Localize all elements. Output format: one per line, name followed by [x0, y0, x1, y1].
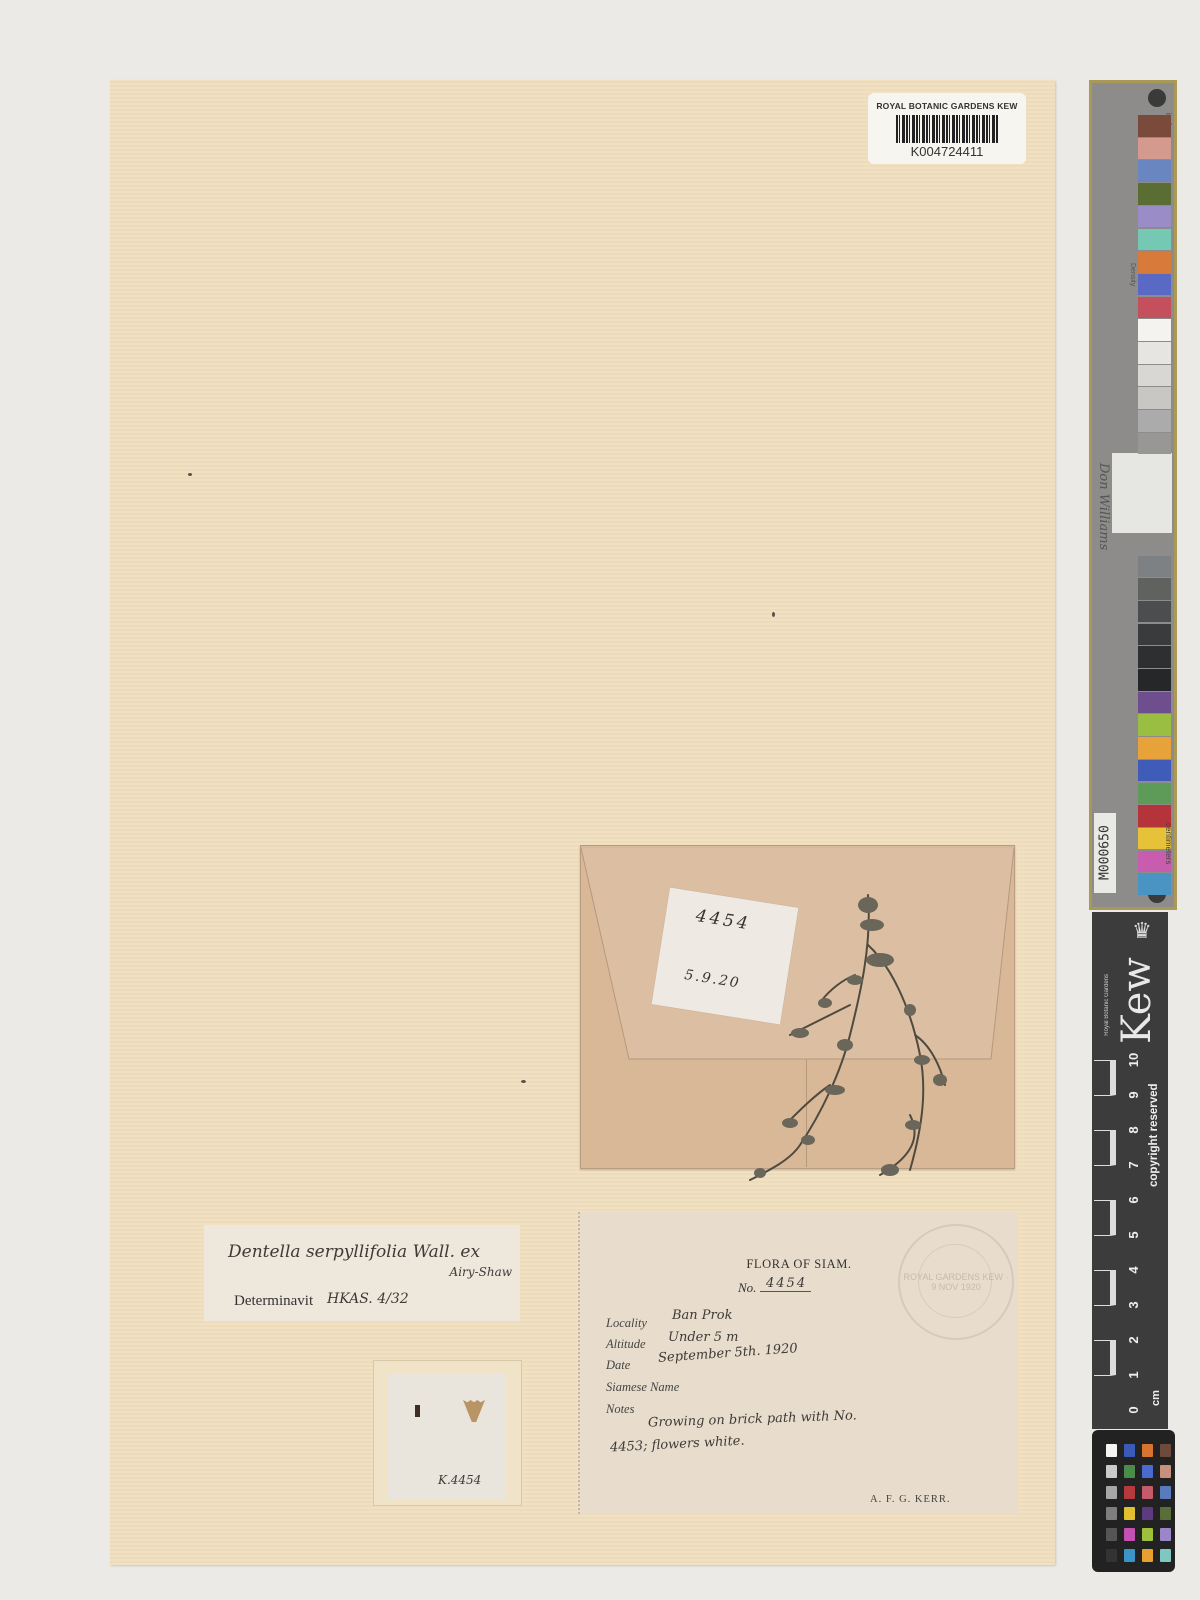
ruler-segment: [1094, 1130, 1116, 1165]
speck: [188, 473, 192, 476]
field-label-altitude: Altitude: [606, 1337, 646, 1352]
copyright-text: copyright reserved: [1148, 1057, 1160, 1187]
color-swatch: [1138, 873, 1171, 895]
ruler-segment: [1094, 1340, 1116, 1375]
checker-patch: [1142, 1507, 1153, 1520]
checker-patch: [1160, 1507, 1171, 1520]
number-value: 4454: [760, 1276, 811, 1292]
kew-sublabel: Royal Botanic Gardens: [1104, 974, 1110, 1036]
kew-logo: Kew: [1114, 957, 1160, 1044]
checker-patch: [1106, 1444, 1117, 1457]
ruler-tick-label: 3: [1126, 1296, 1140, 1314]
label-header: FLORA OF SIAM.: [580, 1257, 1018, 1272]
royal-crest-icon: ♛: [1128, 918, 1156, 948]
field-label-locality: Locality: [606, 1316, 647, 1331]
color-swatch: [1138, 183, 1171, 205]
color-checker: [1092, 1430, 1175, 1572]
color-swatch: [1138, 669, 1171, 691]
ruler-segment: [1094, 1060, 1116, 1095]
determinavit-label: Determinavit: [234, 1293, 313, 1310]
ruler-segment: [1094, 1270, 1116, 1305]
checker-patch: [1124, 1507, 1135, 1520]
checker-patch: [1142, 1549, 1153, 1562]
checker-patch: [1160, 1549, 1171, 1562]
color-swatch: [1138, 251, 1171, 273]
cm-unit-label: cm: [1150, 1390, 1162, 1406]
checker-patch: [1142, 1465, 1153, 1478]
taxon-author: Airy-Shaw: [450, 1265, 512, 1279]
ruler-segment: [1094, 1375, 1116, 1410]
ruler-segment: [1094, 1165, 1116, 1200]
ruler-numbers: 109876543210: [1124, 1057, 1142, 1417]
field-value-locality: Ban Prok: [672, 1308, 732, 1323]
barcode-icon: [896, 115, 998, 143]
color-swatch: [1138, 229, 1171, 251]
checker-patch: [1124, 1444, 1135, 1457]
field-value-notes-cont: 4453; flowers white.: [610, 1433, 745, 1455]
plant-specimen-icon: [730, 885, 980, 1185]
field-value-notes: Growing on brick path with No.: [648, 1408, 857, 1430]
color-swatch: [1138, 624, 1171, 646]
color-swatch: [1138, 578, 1171, 600]
ruler-tick-label: 9: [1126, 1086, 1140, 1104]
field-value-altitude: Under 5 m: [668, 1330, 738, 1345]
color-swatch: [1138, 138, 1171, 160]
color-swatch: [1138, 160, 1171, 182]
ruler-tick-label: 2: [1126, 1331, 1140, 1349]
ruler-tick-label: 8: [1126, 1121, 1140, 1139]
color-swatch: [1138, 783, 1171, 805]
checker-patch: [1106, 1507, 1117, 1520]
packet-label: K.4454: [438, 1473, 481, 1487]
color-swatch: [1138, 410, 1171, 432]
checker-patch: [1124, 1486, 1135, 1499]
checker-patch: [1106, 1465, 1117, 1478]
checker-patch: [1142, 1444, 1153, 1457]
cm-ruler: [1094, 1060, 1116, 1410]
checker-patch: [1142, 1528, 1153, 1541]
color-swatch: [1138, 692, 1171, 714]
ruler-tick-label: 10: [1126, 1051, 1140, 1069]
color-swatch: [1138, 115, 1171, 137]
ruler-tick-label: 6: [1126, 1191, 1140, 1209]
checker-patch: [1160, 1486, 1171, 1499]
speck: [521, 1080, 526, 1083]
speck: [772, 612, 775, 617]
collection-label: ROYAL GARDENS KEW · 9 NOV 1920 FLORA OF …: [578, 1212, 1018, 1514]
color-swatch: [1138, 601, 1171, 623]
color-swatch: [1138, 206, 1171, 228]
color-swatch: [1138, 274, 1171, 296]
color-calibration-strip: inches Density Don Williams M000650 cent…: [1089, 80, 1177, 910]
checker-patch: [1160, 1528, 1171, 1541]
checker-patch: [1124, 1465, 1135, 1478]
field-label-date: Date: [606, 1358, 630, 1373]
strip-hole-icon: [1148, 89, 1166, 107]
strip-id-number: M000650: [1094, 813, 1116, 893]
checker-patch: [1160, 1465, 1171, 1478]
checker-patch: [1124, 1549, 1135, 1562]
ruler-tick-label: 4: [1126, 1261, 1140, 1279]
fragment-packet-card: K.4454: [388, 1373, 506, 1499]
determination-slip: Dentella serpyllifolia Wall. ex Airy-Sha…: [204, 1225, 520, 1321]
flower-fragment-icon: [415, 1405, 420, 1417]
centimeters-label: centimeters: [1164, 823, 1173, 864]
number-label: No.: [738, 1280, 756, 1296]
barcode-label: ROYAL BOTANIC GARDENS KEW K004724411: [868, 93, 1026, 164]
color-swatch: [1138, 646, 1171, 668]
checker-patch: [1160, 1444, 1171, 1457]
barcode-number: K004724411: [868, 144, 1026, 159]
ruler-tick-label: 0: [1126, 1401, 1140, 1419]
color-swatch: [1138, 556, 1171, 578]
color-swatch: [1138, 760, 1171, 782]
institution-name: ROYAL BOTANIC GARDENS KEW: [868, 101, 1026, 111]
color-swatch: [1138, 342, 1171, 364]
color-swatch: [1138, 387, 1171, 409]
faint-stamp: [740, 182, 960, 194]
color-swatch: [1138, 297, 1171, 319]
field-label-notes: Notes: [606, 1402, 634, 1417]
ruler-tick-label: 7: [1126, 1156, 1140, 1174]
determinavit-value: HKAS. 4/32: [327, 1291, 409, 1307]
ruler-segment: [1094, 1305, 1116, 1340]
density-label: Density: [1096, 263, 1136, 286]
checker-patch: [1106, 1549, 1117, 1562]
color-swatch: [1138, 714, 1171, 736]
color-swatch: [1138, 433, 1171, 455]
ruler-tick-label: 1: [1126, 1366, 1140, 1384]
gray-card: [1112, 453, 1172, 533]
strip-brand: Don Williams: [1096, 463, 1111, 550]
ruler-segment: [1094, 1235, 1116, 1270]
checker-patch: [1106, 1486, 1117, 1499]
ruler-segment: [1094, 1200, 1116, 1235]
color-swatch: [1138, 737, 1171, 759]
checker-patch: [1142, 1486, 1153, 1499]
ruler-tick-label: 5: [1126, 1226, 1140, 1244]
checker-patch: [1124, 1528, 1135, 1541]
kew-received-stamp-icon: ROYAL GARDENS KEW · 9 NOV 1920: [898, 1224, 1014, 1340]
color-swatch: [1138, 319, 1171, 341]
taxon-name: Dentella serpyllifolia Wall. ex: [228, 1242, 480, 1262]
kew-scale-ruler: ♛ Royal Botanic Gardens Kew copyright re…: [1092, 912, 1168, 1429]
field-label-siamese-name: Siamese Name: [606, 1380, 679, 1395]
color-swatch: [1138, 365, 1171, 387]
collector-name: A. F. G. KERR.: [870, 1494, 951, 1505]
checker-patch: [1106, 1528, 1117, 1541]
ruler-segment: [1094, 1095, 1116, 1130]
